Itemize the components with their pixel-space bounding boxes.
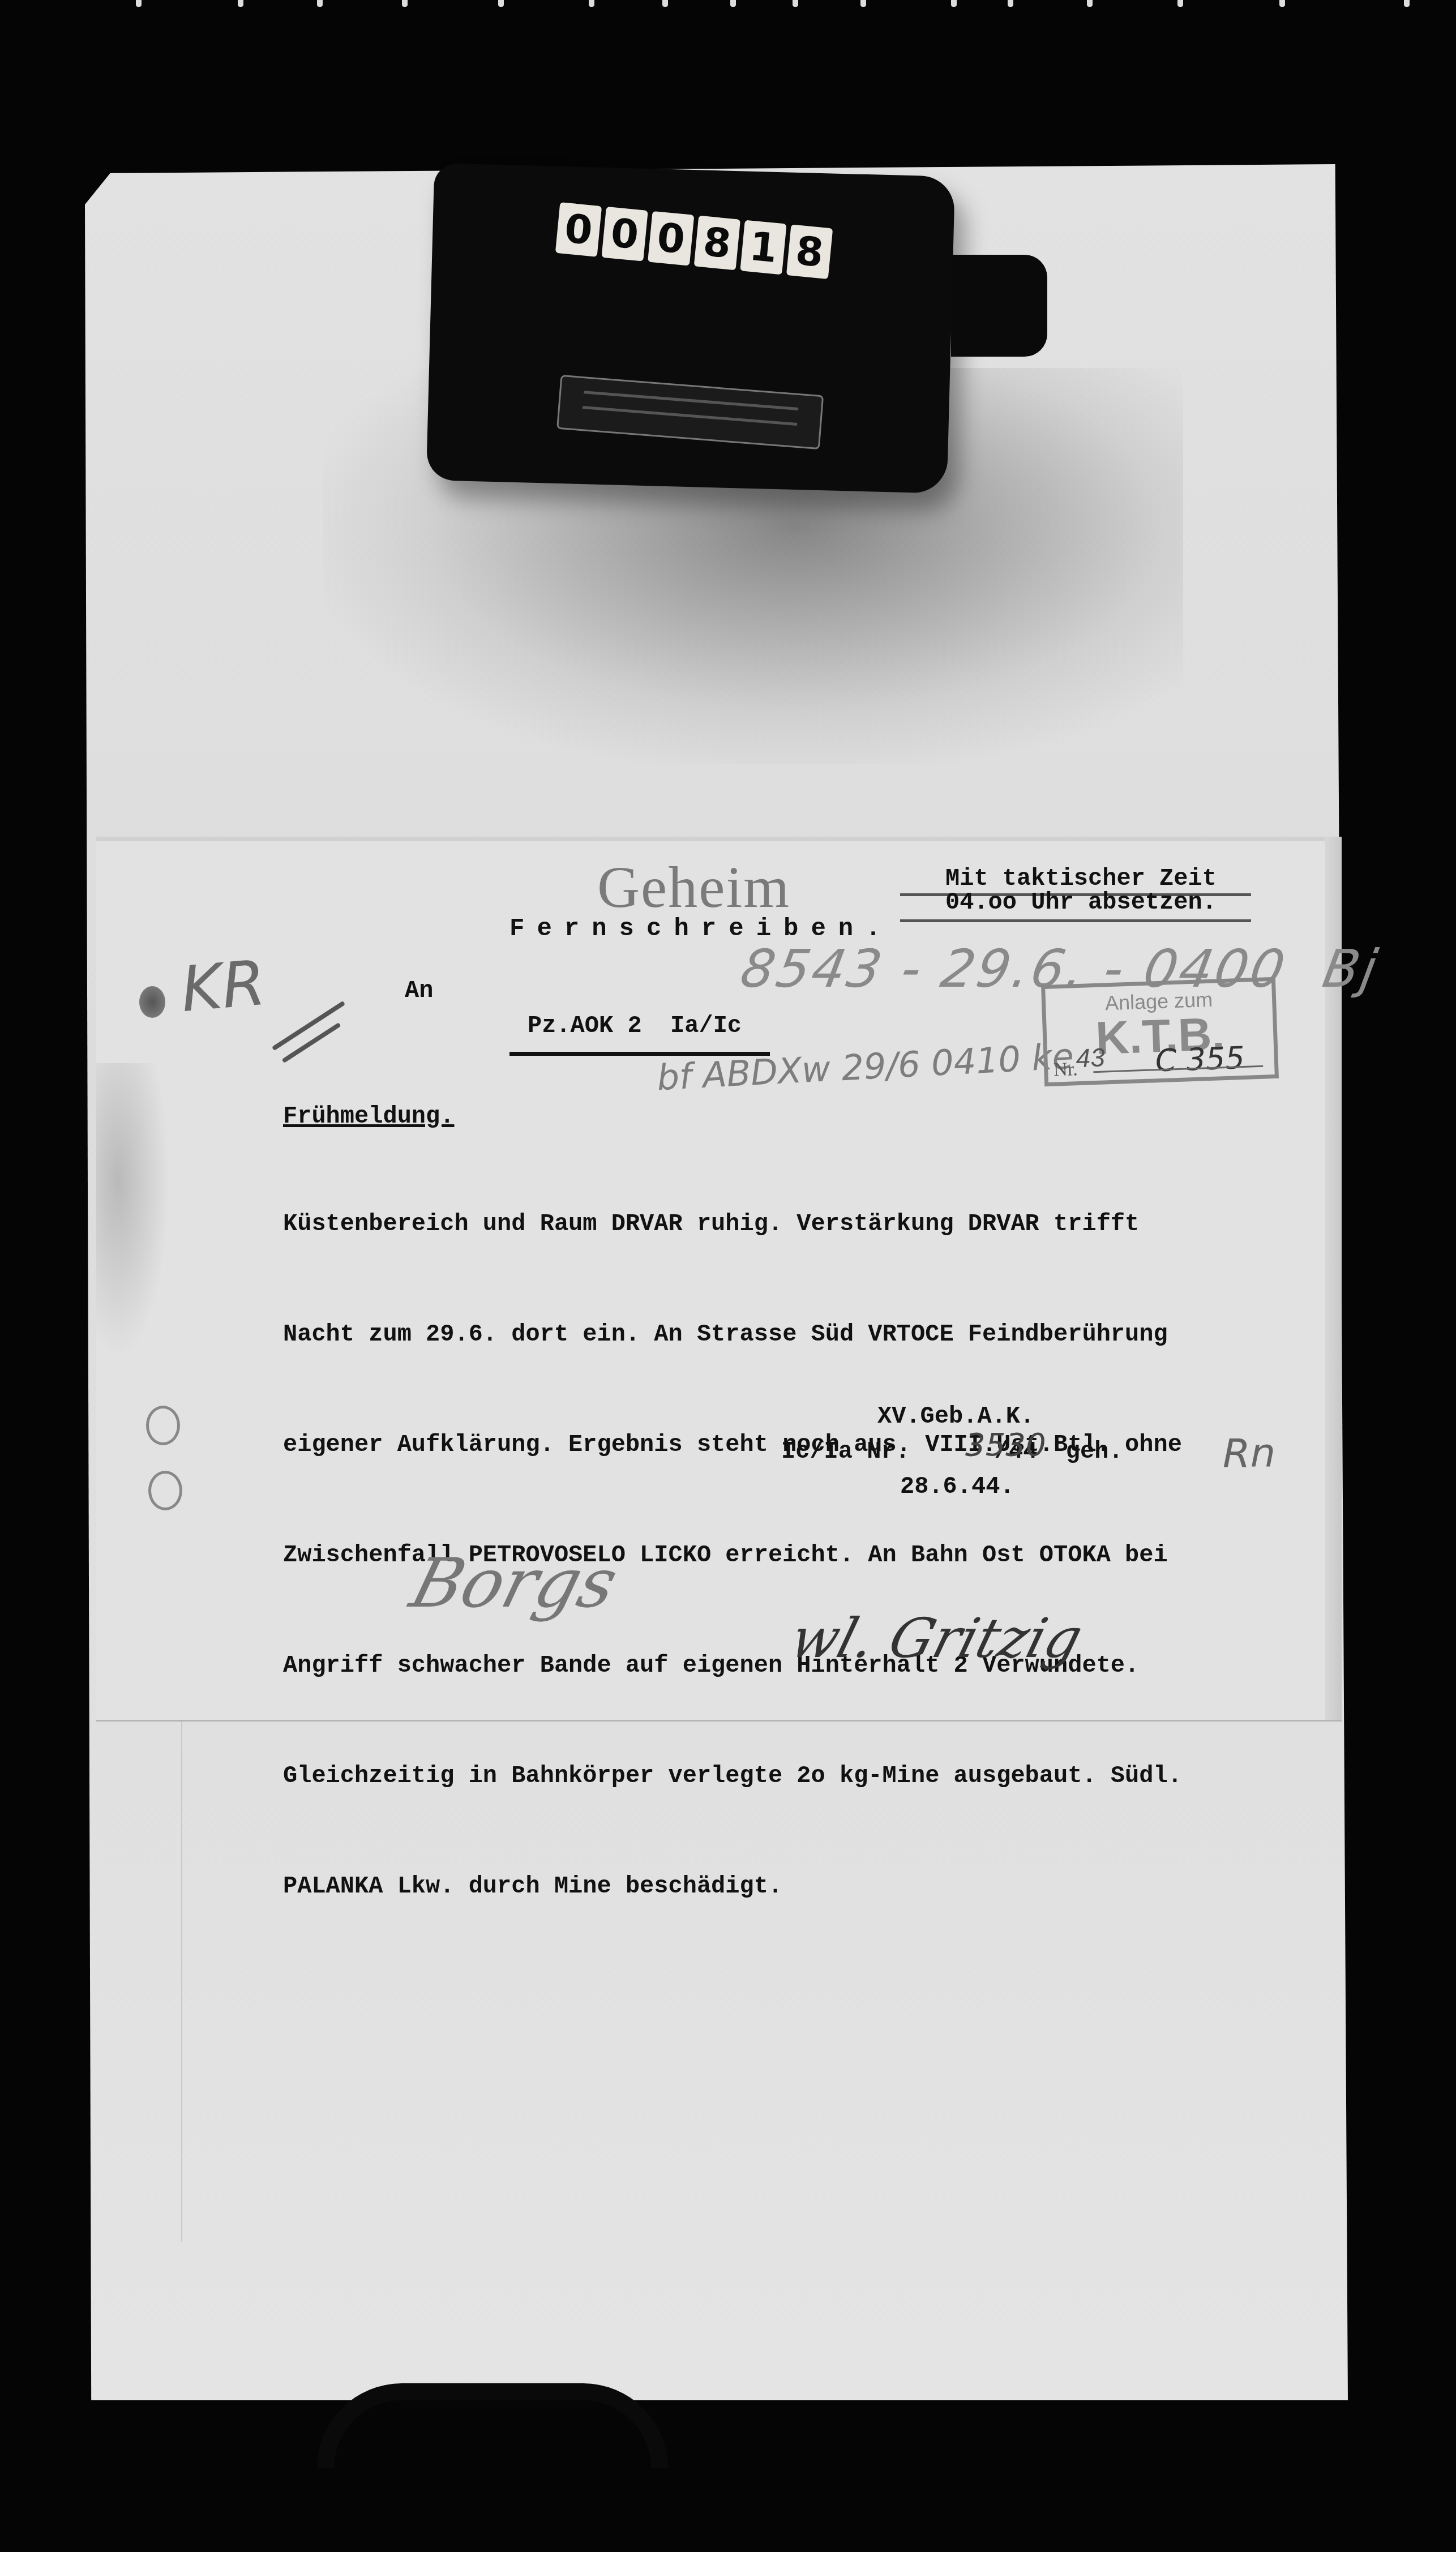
holder-clip <box>317 2383 668 2468</box>
check-stroke <box>282 1022 341 1063</box>
punch-hole-mark <box>146 1406 180 1445</box>
counter-digit: 0 <box>601 207 648 262</box>
stamp-nr-label: Nr. <box>1054 1059 1078 1081</box>
sender-date: 28.6.44. <box>900 1473 1014 1500</box>
stamp-hand-code: C 355 <box>1155 1040 1245 1078</box>
telegram-form: Geheim Mit taktischer Zeit 04.oo Uhr abs… <box>96 837 1342 1722</box>
signature: Borgs <box>402 1544 625 1623</box>
sender-reference: Ic/Ia Nr./44 geh. <box>781 1438 1123 1465</box>
message-line: Nacht zum 29.6. dort ein. An Strasse Süd… <box>283 1316 1336 1353</box>
ref-hand-initial: Rn <box>1223 1430 1275 1476</box>
counter-knob <box>951 255 1047 357</box>
message-line: Gleichzeitig in Bahnkörper verlegte 2o k… <box>283 1758 1336 1795</box>
counter-digit: 0 <box>648 211 694 266</box>
counter-nameplate <box>556 375 824 449</box>
ref-prefix: Ic/Ia Nr. <box>781 1438 910 1465</box>
tactical-time-line-1: Mit taktischer Zeit <box>945 865 1217 892</box>
underline <box>900 919 1251 922</box>
counter-digit: 1 <box>740 220 786 275</box>
classification-stamp: Geheim <box>597 854 790 921</box>
message-line: PALANKA Lkw. durch Mine beschädigt. <box>283 1868 1336 1905</box>
to-label: An <box>405 977 433 1004</box>
ktb-annex-stamp: Anlage zum K.T.B. Nr. 43 C 355 <box>1041 977 1279 1086</box>
ink-dot <box>139 986 165 1018</box>
message-line: Küstenbereich und Raum DRVAR ruhig. Vers… <box>283 1206 1336 1243</box>
stamp-hand-number: 43 <box>1076 1042 1106 1073</box>
paper-stain <box>96 1063 170 1358</box>
counter-digit: 0 <box>555 202 602 257</box>
paper-fold-strip <box>96 1630 182 2242</box>
tactical-time-line-2: 04.oo Uhr absetzen. <box>945 889 1217 916</box>
counter-digit: 8 <box>694 216 740 271</box>
handwritten-receipt-note: bf ABDXw 29/6 0410 ke <box>656 1035 1075 1098</box>
margin-initials: KR <box>178 947 268 1026</box>
signature: wl. Gritzig <box>784 1607 1089 1670</box>
form-top-edge <box>96 837 1342 841</box>
counter-digit: 8 <box>786 224 833 279</box>
recipient: Pz.AOK 2 Ia/Ic <box>528 1012 742 1039</box>
frame-counter-device: 0 0 0 8 1 8 <box>426 163 955 494</box>
film-bottom-border <box>0 2400 1456 2552</box>
punch-hole-mark <box>148 1471 182 1510</box>
counter-digits: 0 0 0 8 1 8 <box>555 202 833 279</box>
message-subject: Frühmeldung. <box>283 1103 454 1130</box>
film-sprocket-marks <box>0 0 1456 11</box>
ref-hand-number: 3530 <box>965 1427 1046 1463</box>
sender-unit: XV.Geb.A.K. <box>877 1403 1034 1430</box>
